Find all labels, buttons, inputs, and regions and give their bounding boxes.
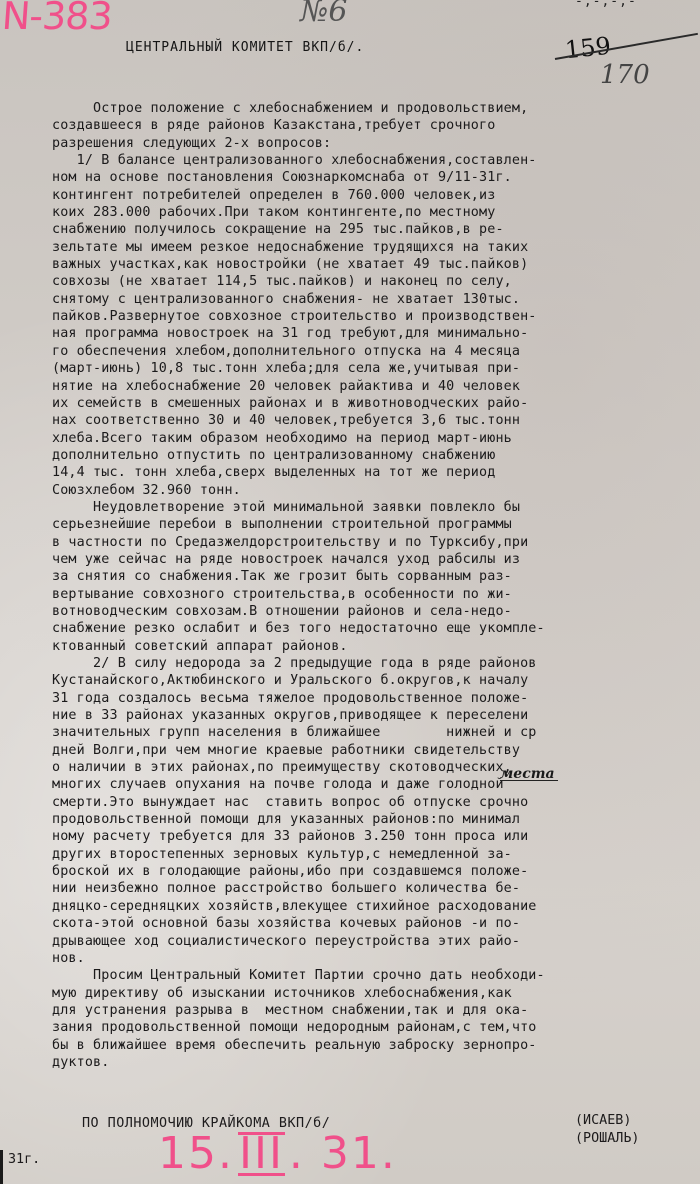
handwritten-underline [500,780,558,781]
text-line: ктованный советский аппарат районов. [52,638,700,655]
text-line: го обеспечения хлебом,дополнительного от… [52,343,700,360]
text-line: дняцко-середняцких хозяйств,влекущее сти… [52,898,700,915]
text-line: совхозы (не хватает 114,5 тыс.пайков) и … [52,273,700,290]
date-stamp-year: . 31. [289,1128,397,1179]
text-line: Кустанайского,Актюбинского и Уральского … [52,672,700,689]
text-line: Неудовлетворение этой минимальной заявки… [52,499,700,516]
signature-names: (ИСАЕВ) (РОШАЛЬ) [575,1112,640,1148]
year-stub: 31г. [8,1152,40,1167]
text-line: контингент потребителей определен в 760.… [52,187,700,204]
date-stamp-day: 15. [158,1128,234,1179]
text-line: продовольственной помощи для указанных р… [52,811,700,828]
text-line: дополнительно отпустить по централизован… [52,447,700,464]
page-edge-shadow [0,1150,3,1184]
text-line: дрывающее ход социалистического переустр… [52,933,700,950]
text-line: для устранения разрыва в местном снабжен… [52,1002,700,1019]
text-line: нах соответственно 30 и 40 человек,требу… [52,412,700,429]
text-line: (март-июнь) 10,8 тыс.тонн хлеба;для села… [52,360,700,377]
text-line: разрешения следующих 2-х вопросов: [52,135,700,152]
text-line: других второстепенных зерновых культур,с… [52,846,700,863]
date-stamp: 15.III. 31. [158,1128,397,1179]
text-line: 31 года создалось весьма тяжелое продово… [52,690,700,707]
text-line: Просим Центральный Комитет Партии срочно… [52,967,700,984]
text-line: 2/ В силу недорода за 2 предыдущие года … [52,655,700,672]
text-line: мую директиву об изыскании источников хл… [52,985,700,1002]
archival-document-page: N-383 №6 -,-,-,- 159 170 ЦЕНТРАЛЬНЫЙ КОМ… [0,0,700,1184]
text-line: вотноводческим совхозам.В отношении райо… [52,603,700,620]
archive-stamp-number: N-383 [0,0,113,38]
signatory-name: (РОШАЛЬ) [575,1131,640,1146]
old-folio-number-crossed: 170 [600,60,650,90]
text-line: снабжение резко ослабит и без того недос… [52,620,700,637]
signatory-name: (ИСАЕВ) [575,1113,631,1128]
text-line: серьезнейшие перебои в выполнении строит… [52,516,700,533]
text-line: бы в ближайшее время обеспечить реальную… [52,1037,700,1054]
text-line: значительных групп населения в ближайшее… [52,724,700,741]
text-line: за снятия со снабжения.Так же грозит быт… [52,568,700,585]
document-heading: ЦЕНТРАЛЬНЫЙ КОМИТЕТ ВКП/б/. [126,40,364,55]
text-line: дуктов. [52,1054,700,1071]
text-line: броской их в голодающие районы,ибо при с… [52,863,700,880]
date-stamp-month: III [238,1132,285,1176]
text-line: важных участках,как новостройки (не хват… [52,256,700,273]
text-line: вертывание совхозного строительства,в ос… [52,586,700,603]
top-right-clipped-text: -,-,-,- [575,0,637,9]
text-line: смерти.Это вынуждает нас ставить вопрос … [52,794,700,811]
text-line: скота-этой основной базы хозяйства кочев… [52,915,700,932]
text-line: ная программа новостроек на 31 год требу… [52,325,700,342]
document-body: Острое положение с хлебоснабжением и про… [52,100,700,1071]
text-line: их семейств в смешенных районах и в живо… [52,395,700,412]
text-line: в частности по Средазжелдорстроительству… [52,534,700,551]
text-line: ние в 33 районах указанных округов,приво… [52,707,700,724]
text-line: зельтате мы имеем резкое недоснабжение т… [52,239,700,256]
text-line: нии неизбежно полное расстройство больше… [52,880,700,897]
text-line: создавшееся в ряде районов Казакстана,тр… [52,117,700,134]
text-line: зания продовольственной помощи недородны… [52,1019,700,1036]
text-line: снабжению получилось сокращение на 295 т… [52,221,700,238]
text-line: Острое положение с хлебоснабжением и про… [52,100,700,117]
text-line: хлеба.Всего таким образом необходимо на … [52,430,700,447]
text-line: дней Волги,при чем многие краевые работн… [52,742,700,759]
text-line: нов. [52,950,700,967]
text-line: 1/ В балансе централизованного хлебоснаб… [52,152,700,169]
text-line: ном на основе постановления Союзнаркомсн… [52,169,700,186]
text-line: чем уже сейчас на ряде новостроек началс… [52,551,700,568]
text-line: ному расчету требуется для 33 районов 3.… [52,828,700,845]
text-line: пайков.Развернутое совхозное строительст… [52,308,700,325]
text-line: многих случаев опухания на почве голода … [52,776,700,793]
text-line: 14,4 тыс. тонн хлеба,сверх выделенных на… [52,464,700,481]
text-line: снятому с централизованного снабжения- н… [52,291,700,308]
text-line: Союзхлебом 32.960 тонн. [52,482,700,499]
handwritten-top-mark: №6 [300,0,347,29]
text-line: о наличии в этих районах,по преимуществу… [52,759,700,776]
text-line: коих 283.000 рабочих.При таком континген… [52,204,700,221]
text-line: нятие на хлебоснабжение 20 человек райак… [52,378,700,395]
